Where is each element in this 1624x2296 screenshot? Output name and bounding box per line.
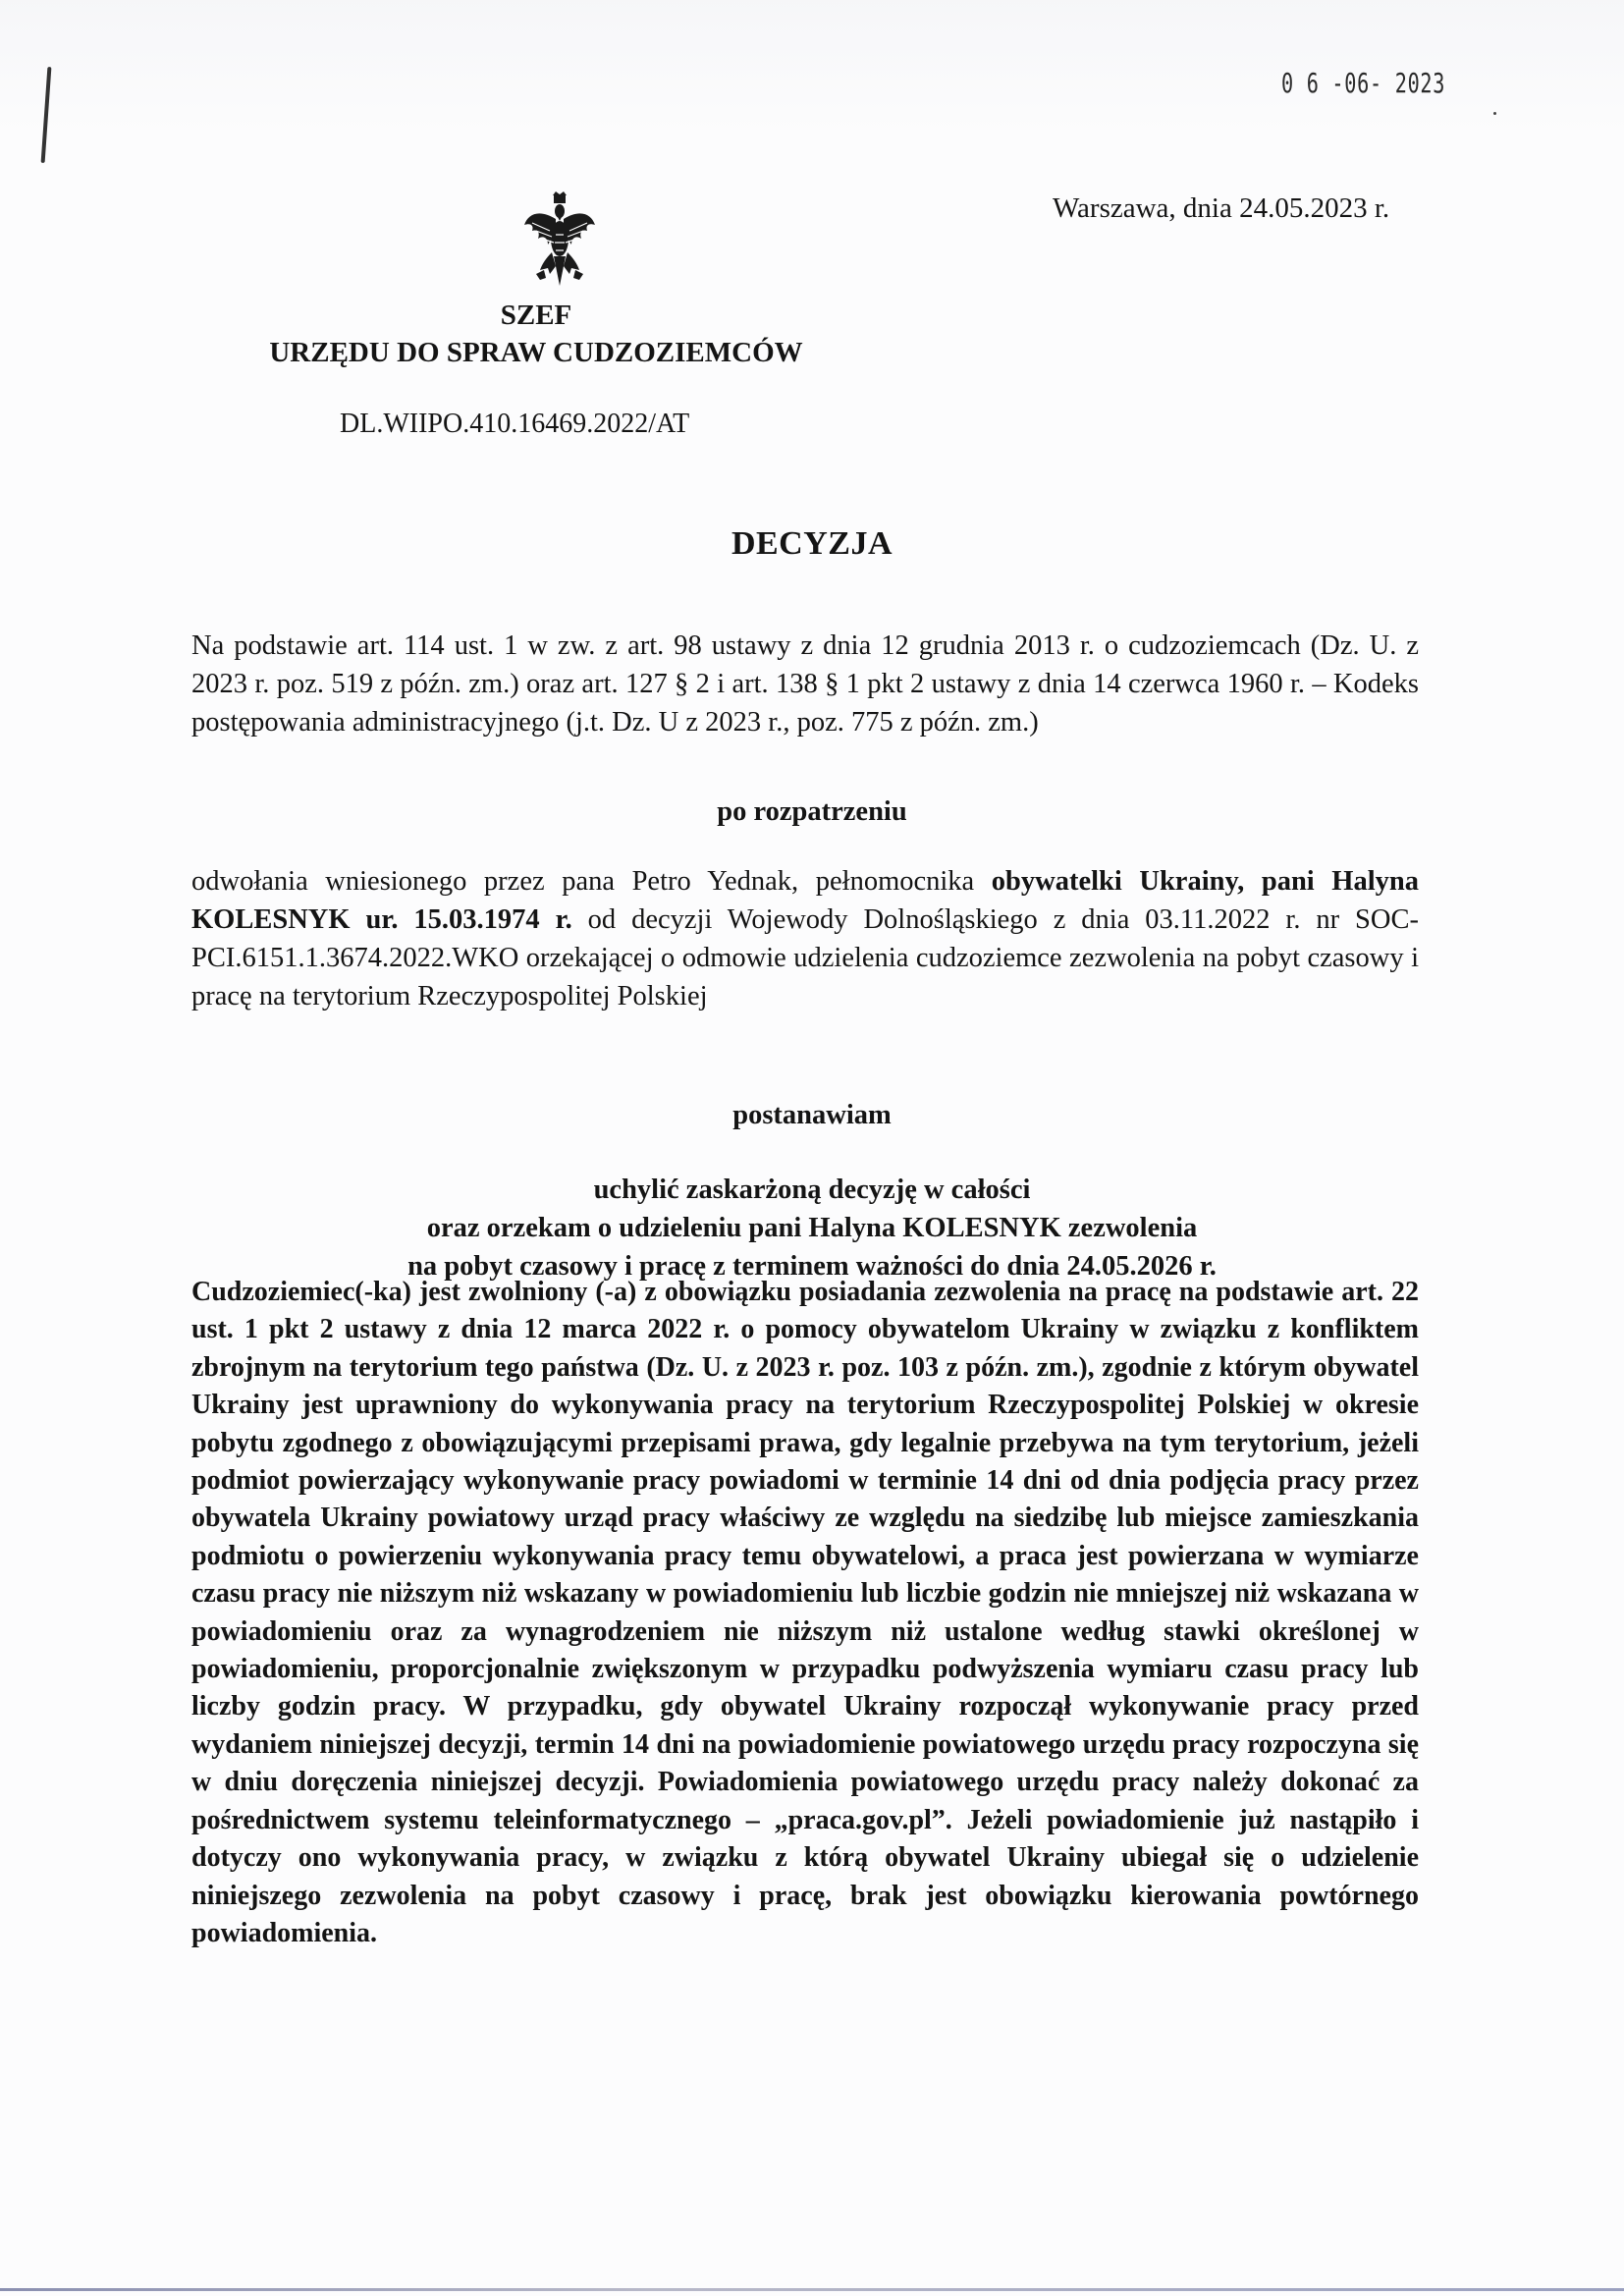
received-date-stamp: 0 6 -06- 2023 — [1281, 67, 1445, 99]
pen-margin-mark — [41, 67, 52, 163]
work-permit-exemption-paragraph: Cudzoziemiec(-ka) jest zwolniony (-a) z … — [191, 1274, 1419, 1952]
scan-bottom-edge — [0, 2288, 1624, 2291]
appeal-paragraph: odwołania wniesionego przez pana Petro Y… — [191, 862, 1419, 1015]
after-review-heading: po rozpatrzeniu — [0, 796, 1624, 828]
authority-title: SZEF — [192, 297, 880, 334]
scan-speck — [1493, 112, 1496, 115]
ruling-line-2: oraz orzekam o udzieleniu pani Halyna KO… — [0, 1209, 1624, 1247]
issuing-authority: SZEF URZĘDU DO SPRAW CUDZOZIEMCÓW — [192, 297, 880, 371]
place-and-date: Warszawa, dnia 24.05.2023 r. — [1053, 192, 1389, 225]
legal-basis-paragraph: Na podstawie art. 114 ust. 1 w zw. z art… — [191, 627, 1419, 741]
ruling-line-1: uchylić zaskarżoną decyzję w całości — [0, 1171, 1624, 1209]
appeal-text-start: odwołania wniesionego przez pana Petro Y… — [191, 866, 992, 897]
document-page: 0 6 -06- 2023 Warszawa, dnia 24.05.2023 … — [0, 0, 1624, 2296]
authority-office: URZĘDU DO SPRAW CUDZOZIEMCÓW — [192, 334, 880, 371]
polish-eagle-emblem-icon — [511, 191, 609, 290]
document-title: DECYZJA — [0, 525, 1624, 563]
ruling-block: uchylić zaskarżoną decyzję w całości ora… — [0, 1171, 1624, 1285]
case-reference-number: DL.WIIPO.410.16469.2022/AT — [340, 409, 689, 440]
decree-heading: postanawiam — [0, 1100, 1624, 1131]
